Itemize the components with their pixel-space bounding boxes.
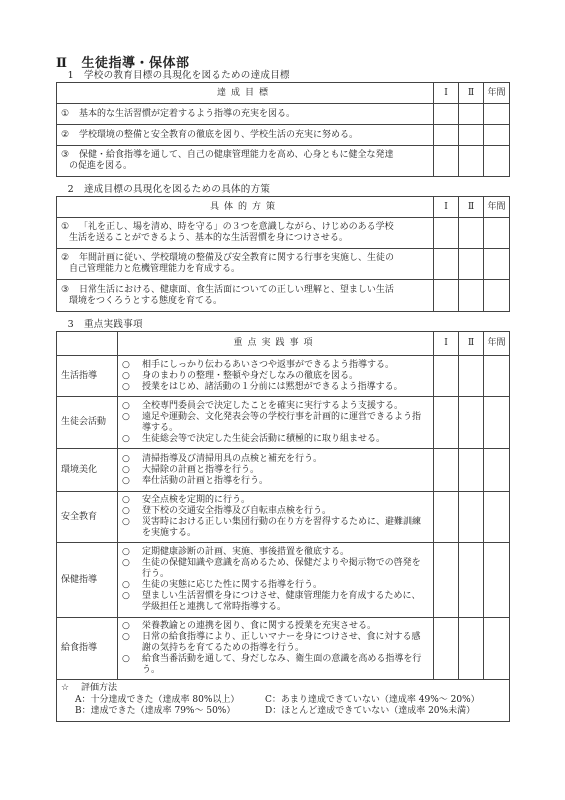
practice-item: ○清掃指導及び清掃用具の点検と補充を行う。 (122, 454, 429, 465)
eval-cell[interactable] (434, 218, 459, 249)
goals-table: 達成目標 Ⅰ Ⅱ 年間 ①基本的な生活習慣が定着するよう指導の充実を図る。 ②学… (56, 82, 510, 177)
practice-item: ○奉仕活動の計画と指導を行う。 (122, 476, 429, 487)
practice-item: ○災害時における正しい集団行動の在り方を習得するために、避難訓練を実施する。 (122, 517, 429, 539)
practice-items: ○安全点検を定期的に行う。○登下校の交通安全指導及び自転車点検を行う。○災害時に… (118, 492, 434, 543)
measures-table: 具体的方策 Ⅰ Ⅱ 年間 ①「礼を正し、場を清め、時を守る」の３つを意識しながら… (56, 196, 510, 312)
eval-cell[interactable] (459, 397, 484, 449)
eval-cell[interactable] (459, 449, 484, 492)
eval-cell[interactable] (434, 249, 459, 280)
eval-cell[interactable] (459, 543, 484, 618)
category-label: 環境美化 (57, 449, 118, 492)
practice-item: ○全校専門委員会で決定したことを確実に実行するよう支援する。 (122, 401, 429, 412)
eval-cell[interactable] (434, 280, 459, 312)
category-label: 生活指導 (57, 356, 118, 397)
practice-item: ○生徒の実態に応じた性に関する指導を行う。 (122, 580, 429, 591)
eval-cell[interactable] (484, 492, 510, 543)
eval-col-2: Ⅱ (459, 332, 484, 356)
table-row: ②年間計画に従い、学校環境の整備及び安全教育に関する行事を実施し、生徒の自己管理… (57, 249, 510, 280)
eval-cell[interactable] (484, 146, 510, 177)
table-row: 環境美化○清掃指導及び清掃用具の点検と補充を行う。○大掃除の計画と指導を行う。○… (57, 449, 510, 492)
eval-cell[interactable] (459, 356, 484, 397)
evaluation-method-row: ☆評価方法 A：十分達成できた（達成率 80%以上） C：あまり達成できていない… (57, 680, 510, 722)
category-label: 安全教育 (57, 492, 118, 543)
eval-cell[interactable] (484, 543, 510, 618)
practice-item: ○遠足や運動会、文化発表会等の学校行事を計画的に運営できるよう指導する。 (122, 412, 429, 434)
practice-item: ○安全点検を定期的に行う。 (122, 495, 429, 506)
circle-bullet-icon: ○ (122, 654, 142, 665)
eval-cell[interactable] (434, 618, 459, 680)
practice-item: ○相手にしっかり伝わるあいさつや返事ができるよう指導する。 (122, 360, 429, 371)
practice-items: ○相手にしっかり伝わるあいさつや返事ができるよう指導する。○身のまわりの整理・整… (118, 356, 434, 397)
circle-bullet-icon: ○ (122, 632, 142, 643)
practice-item: ○生徒総会等で決定した生徒会活動に積極的に取り組ませる。 (122, 434, 429, 445)
evaluation-legend: ☆評価方法 A：十分達成できた（達成率 80%以上） C：あまり達成できていない… (57, 680, 510, 722)
eval-cell[interactable] (434, 397, 459, 449)
circle-bullet-icon: ○ (122, 591, 142, 602)
circle-bullet-icon: ○ (122, 371, 142, 382)
level-c: C：あまり達成できていない（達成率 49%～ 20%） (265, 695, 505, 707)
category-label: 給食指導 (57, 618, 118, 680)
evaluation-title: 評価方法 (81, 683, 117, 693)
eval-cell[interactable] (484, 218, 510, 249)
level-d: D：ほとんど達成できていない（達成率 20%未満） (265, 706, 505, 718)
table-row: ①「礼を正し、場を清め、時を守る」の３つを意識しながら、けじめのある学校生活を送… (57, 218, 510, 249)
eval-cell[interactable] (484, 104, 510, 125)
practice-item: ○授業をはじめ、諸活動の１分前には黙想ができるよう指導する。 (122, 382, 429, 393)
eval-col-1: Ⅰ (434, 197, 459, 218)
table-row: 給食指導○栄養教諭との連携を図り、食に関する授業を充実させる。○日常の給食指導に… (57, 618, 510, 680)
eval-cell[interactable] (434, 125, 459, 146)
eval-col-annual: 年間 (484, 83, 510, 104)
practice-item: ○望ましい生活習慣を身につけさせ、健康管理能力を育成するために、学級担任と連携し… (122, 591, 429, 613)
eval-cell[interactable] (484, 449, 510, 492)
circle-bullet-icon: ○ (122, 434, 142, 445)
circle-bullet-icon: ○ (122, 621, 142, 632)
practice-items: ○全校専門委員会で決定したことを確実に実行するよう支援する。○遠足や運動会、文化… (118, 397, 434, 449)
circle-bullet-icon: ○ (122, 517, 142, 528)
category-label: 生徒会活動 (57, 397, 118, 449)
practice-item: ○身のまわりの整理・整頓や身だしなみの徹底を図る。 (122, 371, 429, 382)
star-icon: ☆ (61, 683, 81, 695)
practice-item: ○定期健康診断の計画、実施、事後措置を徹底する。 (122, 547, 429, 558)
circle-bullet-icon: ○ (122, 382, 142, 393)
practice-items: ○定期健康診断の計画、実施、事後措置を徹底する。○生徒の保健知識や意識を高めるた… (118, 543, 434, 618)
level-a: A：十分達成できた（達成率 80%以上） (75, 695, 265, 707)
circle-bullet-icon: ○ (122, 580, 142, 591)
eval-cell[interactable] (434, 492, 459, 543)
circle-bullet-icon: ○ (122, 558, 142, 569)
table-row: 保健指導○定期健康診断の計画、実施、事後措置を徹底する。○生徒の保健知識や意識を… (57, 543, 510, 618)
table-row: 安全教育○安全点検を定期的に行う。○登下校の交通安全指導及び自転車点検を行う。○… (57, 492, 510, 543)
eval-col-2: Ⅱ (459, 83, 484, 104)
practice-items: ○栄養教諭との連携を図り、食に関する授業を充実させる。○日常の給食指導により、正… (118, 618, 434, 680)
eval-col-annual: 年間 (484, 197, 510, 218)
eval-cell[interactable] (434, 356, 459, 397)
eval-cell[interactable] (459, 104, 484, 125)
eval-col-1: Ⅰ (434, 83, 459, 104)
eval-cell[interactable] (434, 449, 459, 492)
section3-heading: 3重点実践事項 (56, 316, 143, 330)
circle-bullet-icon: ○ (122, 506, 142, 517)
circle-bullet-icon: ○ (122, 454, 142, 465)
eval-cell[interactable] (484, 280, 510, 312)
table-row: ②学校環境の整備と安全教育の徹底を図り、学校生活の充実に努める。 (57, 125, 510, 146)
category-label: 保健指導 (57, 543, 118, 618)
practice-item: ○大掃除の計画と指導を行う。 (122, 465, 429, 476)
table-row: 生活指導○相手にしっかり伝わるあいさつや返事ができるよう指導する。○身のまわりの… (57, 356, 510, 397)
eval-col-2: Ⅱ (459, 197, 484, 218)
eval-cell[interactable] (484, 397, 510, 449)
table-row: ①基本的な生活習慣が定着するよう指導の充実を図る。 (57, 104, 510, 125)
table-header: 具体的方策 Ⅰ Ⅱ 年間 (57, 197, 510, 218)
eval-col-annual: 年間 (484, 332, 510, 356)
circle-bullet-icon: ○ (122, 401, 142, 412)
eval-cell[interactable] (459, 249, 484, 280)
table-row: ③保健・給食指導を通して、自己の健康管理能力を高め、心身ともに健全な発達の促進を… (57, 146, 510, 177)
eval-cell[interactable] (484, 356, 510, 397)
practice-table: 重点実践事項 Ⅰ Ⅱ 年間 生活指導○相手にしっかり伝わるあいさつや返事ができる… (56, 331, 510, 722)
eval-cell[interactable] (459, 280, 484, 312)
eval-cell[interactable] (459, 125, 484, 146)
measures-header: 具体的方策 (57, 197, 434, 218)
practice-item: ○給食当番活動を通して、身だしなみ、衛生面の意識を高める指導を行う。 (122, 654, 429, 676)
practice-item: ○栄養教諭との連携を図り、食に関する授業を充実させる。 (122, 621, 429, 632)
eval-cell[interactable] (434, 104, 459, 125)
eval-cell[interactable] (484, 249, 510, 280)
eval-cell[interactable] (484, 125, 510, 146)
practice-item: ○登下校の交通安全指導及び自転車点検を行う。 (122, 506, 429, 517)
goals-header: 達成目標 (57, 83, 434, 104)
circle-bullet-icon: ○ (122, 360, 142, 371)
eval-cell[interactable] (459, 492, 484, 543)
table-header: 達成目標 Ⅰ Ⅱ 年間 (57, 83, 510, 104)
circle-bullet-icon: ○ (122, 465, 142, 476)
circle-bullet-icon: ○ (122, 412, 142, 423)
eval-cell[interactable] (434, 146, 459, 177)
practice-header: 重点実践事項 (118, 332, 434, 356)
circle-bullet-icon: ○ (122, 547, 142, 558)
circle-bullet-icon: ○ (122, 495, 142, 506)
table-header: 重点実践事項 Ⅰ Ⅱ 年間 (57, 332, 510, 356)
circle-bullet-icon: ○ (122, 476, 142, 487)
practice-item: ○生徒の保健知識や意識を高めるため、保健だよりや掲示物での啓発を行う。 (122, 558, 429, 580)
eval-cell[interactable] (459, 618, 484, 680)
eval-cell[interactable] (484, 618, 510, 680)
category-header (57, 332, 118, 356)
section1-heading: 1学校の教育目標の具現化を図るための達成目標 (56, 67, 290, 81)
table-row: ③日常生活における、健康面、食生活面についての正しい理解と、望ましい生活環境をつ… (57, 280, 510, 312)
section2-heading: 2達成目標の具現化を図るための具体的方策 (56, 181, 270, 195)
practice-item: ○日常の給食指導により、正しいマナーを身につけさせ、食に対する感謝の気持ちを育て… (122, 632, 429, 654)
table-row: 生徒会活動○全校専門委員会で決定したことを確実に実行するよう支援する。○遠足や運… (57, 397, 510, 449)
eval-cell[interactable] (459, 146, 484, 177)
eval-cell[interactable] (459, 218, 484, 249)
practice-items: ○清掃指導及び清掃用具の点検と補充を行う。○大掃除の計画と指導を行う。○奉仕活動… (118, 449, 434, 492)
level-b: B：達成できた（達成率 79%～ 50%） (75, 706, 265, 718)
eval-cell[interactable] (434, 543, 459, 618)
eval-col-1: Ⅰ (434, 332, 459, 356)
